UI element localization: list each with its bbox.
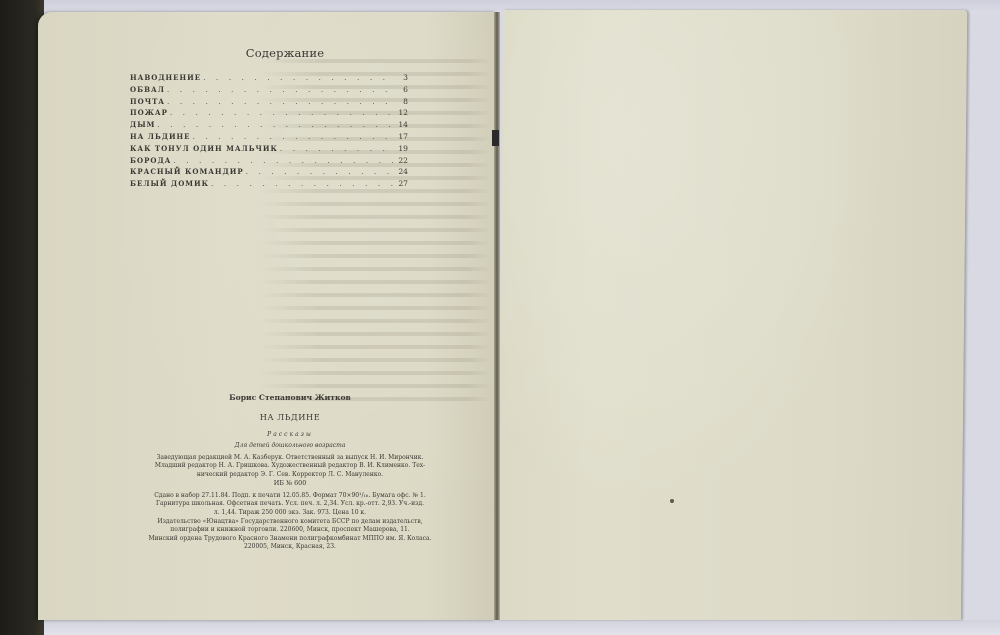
toc-entry: БОРОДА 22 xyxy=(130,155,408,167)
toc-entry: ПОЧТА 8 xyxy=(130,96,408,108)
ib-number: ИБ № 600 xyxy=(110,479,470,487)
toc-entry-page: 12 xyxy=(396,107,408,119)
staff-line: Заведующая редакцией М. А. Казберук. Отв… xyxy=(110,454,470,462)
print-line: л. 1,44. Тираж 250 000 экз. Зак. 973. Це… xyxy=(110,509,470,517)
toc-entry-label: КАК ТОНУЛ ОДИН МАЛЬЧИК xyxy=(130,143,278,155)
publisher-info: Издательство «Юнацтва» Государственного … xyxy=(110,518,470,535)
toc-entry-label: НАВОДНЕНИЕ xyxy=(130,72,201,84)
toc-entry: НАВОДНЕНИЕ 3 xyxy=(130,72,408,84)
toc-entry-label: ДЫМ xyxy=(130,119,155,131)
paper-speck xyxy=(670,499,674,503)
toc-entry-page: 6 xyxy=(396,84,408,96)
book-spine xyxy=(494,12,500,620)
toc-entry-page: 17 xyxy=(396,131,408,143)
staff-line: нический редактор Э. Г. Сев. Корректор Л… xyxy=(110,471,470,479)
toc-entry-label: НА ЛЬДИНЕ xyxy=(130,131,191,143)
toc-entry-label: КРАСНЫЙ КОМАНДИР xyxy=(130,166,244,178)
toc-leader-dots xyxy=(193,131,394,143)
toc-leader-dots xyxy=(167,96,394,108)
toc-entry: НА ЛЬДИНЕ 17 xyxy=(130,131,408,143)
printer-line: 220005, Минск, Красная, 23. xyxy=(110,543,470,551)
table-surface-bottom xyxy=(0,620,1000,635)
print-line: Сдано в набор 27.11.84. Подп. к печати 1… xyxy=(110,492,470,500)
book-genre: Рассказы xyxy=(110,431,470,439)
toc-leader-dots xyxy=(203,72,394,84)
toc-entry-page: 8 xyxy=(396,96,408,108)
toc-entry-page: 22 xyxy=(396,155,408,167)
table-of-contents: НАВОДНЕНИЕ 3 ОБВАЛ 6 ПОЧТА 8 ПОЖАР 12 ДЫ… xyxy=(130,72,408,190)
publisher-line: полиграфии и книжной торговли. 220600, М… xyxy=(110,526,470,534)
toc-entry-page: 27 xyxy=(396,178,408,190)
toc-entry: ПОЖАР 12 xyxy=(130,107,408,119)
toc-entry-page: 14 xyxy=(396,119,408,131)
toc-entry-page: 24 xyxy=(396,166,408,178)
toc-entry: ОБВАЛ 6 xyxy=(130,84,408,96)
toc-leader-dots xyxy=(280,143,394,155)
print-details: Сдано в набор 27.11.84. Подп. к печати 1… xyxy=(110,492,470,517)
spine-binding-mark xyxy=(492,130,499,146)
publisher-line: Издательство «Юнацтва» Государственного … xyxy=(110,518,470,526)
toc-entry-label: ПОЧТА xyxy=(130,96,165,108)
toc-entry-label: ПОЖАР xyxy=(130,107,168,119)
toc-title: Содержание xyxy=(150,46,420,60)
toc-entry-label: БОРОДА xyxy=(130,155,171,167)
editorial-staff: Заведующая редакцией М. А. Казберук. Отв… xyxy=(110,454,470,479)
toc-leader-dots xyxy=(157,119,394,131)
toc-entry-label: ОБВАЛ xyxy=(130,84,165,96)
printer-line: Минский ордена Трудового Красного Знамен… xyxy=(110,535,470,543)
toc-leader-dots xyxy=(167,84,394,96)
toc-entry-page: 19 xyxy=(396,143,408,155)
printer-info: Минский ордена Трудового Красного Знамен… xyxy=(110,535,470,552)
staff-line: Младший редактор Н. А. Гришкова. Художес… xyxy=(110,462,470,470)
target-audience: Для детей дошкольного возраста xyxy=(110,442,470,450)
toc-leader-dots xyxy=(211,178,394,190)
toc-entry: ДЫМ 14 xyxy=(130,119,408,131)
toc-entry-label: БЕЛЫЙ ДОМИК xyxy=(130,178,209,190)
toc-entry: БЕЛЫЙ ДОМИК 27 xyxy=(130,178,408,190)
toc-entry: КРАСНЫЙ КОМАНДИР 24 xyxy=(130,166,408,178)
toc-leader-dots xyxy=(246,166,394,178)
right-page-blank xyxy=(497,10,967,620)
toc-entry: КАК ТОНУЛ ОДИН МАЛЬЧИК 19 xyxy=(130,143,408,155)
author-name: Борис Степанович Житков xyxy=(110,394,470,402)
book-title: НА ЛЬДИНЕ xyxy=(110,413,470,421)
toc-entry-page: 3 xyxy=(396,72,408,84)
print-line: Гарнитура школьная. Офсетная печать. Усл… xyxy=(110,500,470,508)
toc-leader-dots xyxy=(173,155,394,167)
toc-leader-dots xyxy=(170,107,394,119)
